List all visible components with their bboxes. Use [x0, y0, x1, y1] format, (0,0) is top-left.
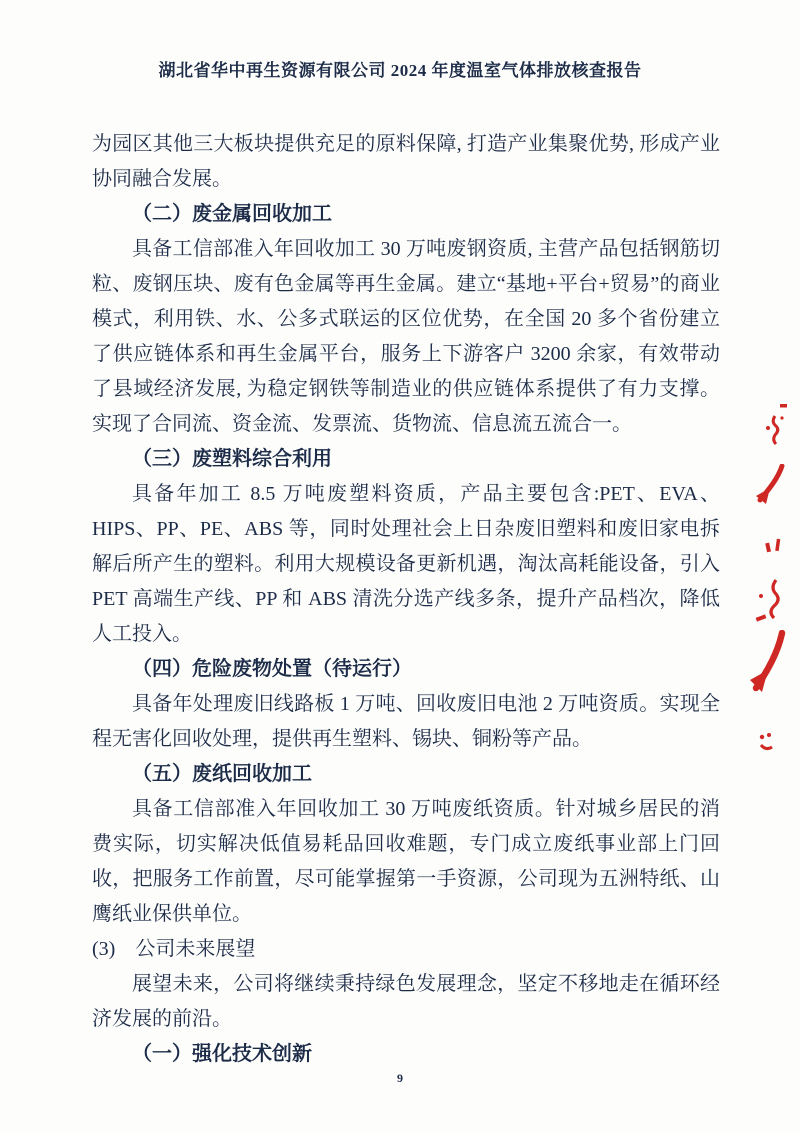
red-seal-fragment-icon: [754, 464, 788, 511]
red-seal-fragment-icon: [754, 578, 784, 631]
red-seal-fragment-icon: [748, 630, 788, 701]
section-heading-waste-plastic: （三）废塑料综合利用: [92, 442, 720, 477]
section-heading-waste-metal: （二）废金属回收加工: [92, 197, 720, 232]
paragraph-hazard-waste: 具备年处理废旧线路板 1 万吨、回收废旧电池 2 万吨资质。实现全程无害化回收处…: [92, 687, 720, 757]
paragraph-waste-paper: 具备工信部准入年回收加工 30 万吨废纸资质。针对城乡居民的消费实际，切实解决低…: [92, 792, 720, 932]
paragraph-future-outlook: 展望未来，公司将继续秉持绿色发展理念，坚定不移地走在循环经济发展的前沿。: [92, 967, 720, 1037]
paragraph-continuation: 为园区其他三大板块提供充足的原料保障, 打造产业集聚优势, 形成产业协同融合发展…: [92, 127, 720, 197]
section-heading-waste-paper: （五）废纸回收加工: [92, 757, 720, 792]
scanned-report-page: 湖北省华中再生资源有限公司 2024 年度温室气体排放核查报告 为园区其他三大板…: [0, 0, 800, 1132]
page-number: 9: [0, 1071, 800, 1086]
red-seal-fragment-icon: [757, 731, 775, 758]
report-header-title: 湖北省华中再生资源有限公司 2024 年度温室气体排放核查报告: [0, 56, 800, 81]
paragraph-waste-metal: 具备工信部准入年回收加工 30 万吨废钢资质, 主营产品包括钢筋切粒、废钢压块、…: [92, 232, 720, 442]
document-body: 为园区其他三大板块提供充足的原料保障, 打造产业集聚优势, 形成产业协同融合发展…: [92, 127, 720, 1072]
numbered-heading-future: (3) 公司未来展望: [92, 932, 720, 967]
section-heading-hazard-waste: （四）危险废物处置（待运行）: [92, 652, 720, 687]
paragraph-waste-plastic: 具备年加工 8.5 万吨废塑料资质，产品主要包含:PET、EVA、HIPS、PP…: [92, 477, 720, 652]
red-seal-fragment-icon: [764, 537, 784, 560]
red-seal-fragment-icon: [762, 404, 790, 463]
section-heading-tech-innovation: （一）强化技术创新: [92, 1037, 720, 1072]
